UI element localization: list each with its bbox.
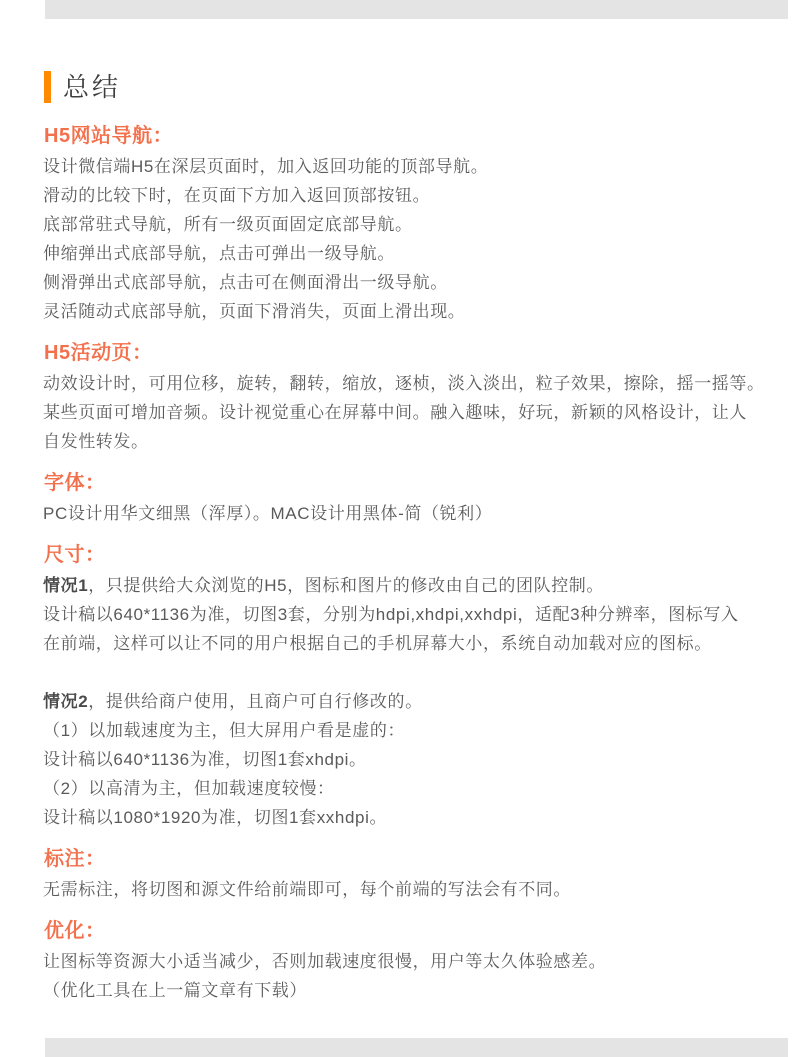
section-heading-nav: H5网站导航： <box>44 123 800 149</box>
section-heading-activity: H5活动页： <box>44 340 800 366</box>
section-annotation: 标注： 无需标注，将切图和源文件给前端即可，每个前端的写法会有不同。 <box>0 846 800 904</box>
case2-text: ，提供给商户使用，且商户可自行修改的。 <box>88 692 422 711</box>
body-line: PC设计用华文细黑（浑厚）。MAC设计用黑体-简（锐利） <box>43 499 800 528</box>
body-line: 动效设计时，可用位移，旋转，翻转，缩放，逐桢，淡入淡出，粒子效果，擦除，摇一摇等… <box>43 369 800 398</box>
section-font: 字体： PC设计用华文细黑（浑厚）。MAC设计用黑体-简（锐利） <box>0 470 800 528</box>
body-line: 设计稿以640*1136为准，切图3套，分别为hdpi,xhdpi,xxhdpi… <box>43 600 800 629</box>
case1-label: 情况1 <box>43 576 88 595</box>
body-line: 设计微信端H5在深层页面时，加入返回功能的顶部导航。 <box>43 152 800 181</box>
section-optimization: 优化： 让图标等资源大小适当减少，否则加载速度很慢，用户等太久体验感差。 （优化… <box>0 918 800 1005</box>
article-content: 总结 H5网站导航： 设计微信端H5在深层页面时，加入返回功能的顶部导航。 滑动… <box>0 19 800 1005</box>
top-gray-strip <box>45 0 788 19</box>
body-line: 灵活随动式底部导航，页面下滑消失，页面上滑出现。 <box>43 297 800 326</box>
bottom-gray-strip <box>45 1038 788 1057</box>
body-line: 无需标注，将切图和源文件给前端即可，每个前端的写法会有不同。 <box>43 875 800 904</box>
body-line: 在前端，这样可以让不同的用户根据自己的手机屏幕大小，系统自动加载对应的图标。 <box>43 629 800 658</box>
section-h5-activity-page: H5活动页： 动效设计时，可用位移，旋转，翻转，缩放，逐桢，淡入淡出，粒子效果，… <box>0 340 800 456</box>
body-line-case2: 情况2，提供给商户使用，且商户可自行修改的。 <box>43 687 800 716</box>
section-heading-annotation: 标注： <box>44 846 800 872</box>
section-heading-optimization: 优化： <box>44 918 800 944</box>
section-heading-size: 尺寸： <box>44 542 800 568</box>
case2-label: 情况2 <box>43 692 88 711</box>
body-line: （1）以加载速度为主，但大屏用户看是虚的： <box>43 716 800 745</box>
section-heading-font: 字体： <box>44 470 800 496</box>
body-line: 侧滑弹出式底部导航，点击可在侧面滑出一级导航。 <box>43 268 800 297</box>
body-line: （优化工具在上一篇文章有下载） <box>43 976 800 1005</box>
body-line: 某些页面可增加音频。设计视觉重心在屏幕中间。融入趣味，好玩，新颖的风格设计，让人 <box>43 398 800 427</box>
body-line: 伸缩弹出式底部导航，点击可弹出一级导航。 <box>43 239 800 268</box>
section-h5-site-nav: H5网站导航： 设计微信端H5在深层页面时，加入返回功能的顶部导航。 滑动的比较… <box>0 123 800 326</box>
body-line: 设计稿以640*1136为准，切图1套xhdpi。 <box>43 745 800 774</box>
body-line: 滑动的比较下时，在页面下方加入返回顶部按钮。 <box>43 181 800 210</box>
body-line: （2）以高清为主，但加载速度较慢： <box>43 774 800 803</box>
body-line-case1: 情况1，只提供给大众浏览的H5，图标和图片的修改由自己的团队控制。 <box>43 571 800 600</box>
blank-line-spacer <box>0 658 800 687</box>
section-size: 尺寸： 情况1，只提供给大众浏览的H5，图标和图片的修改由自己的团队控制。 设计… <box>0 542 800 832</box>
body-line: 底部常驻式导航，所有一级页面固定底部导航。 <box>43 210 800 239</box>
page-title: 总结 <box>44 71 800 103</box>
body-line: 设计稿以1080*1920为准，切图1套xxhdpi。 <box>43 803 800 832</box>
case1-text: ，只提供给大众浏览的H5，图标和图片的修改由自己的团队控制。 <box>88 576 604 595</box>
body-line: 让图标等资源大小适当减少，否则加载速度很慢，用户等太久体验感差。 <box>43 947 800 976</box>
body-line: 自发性转发。 <box>43 427 800 456</box>
